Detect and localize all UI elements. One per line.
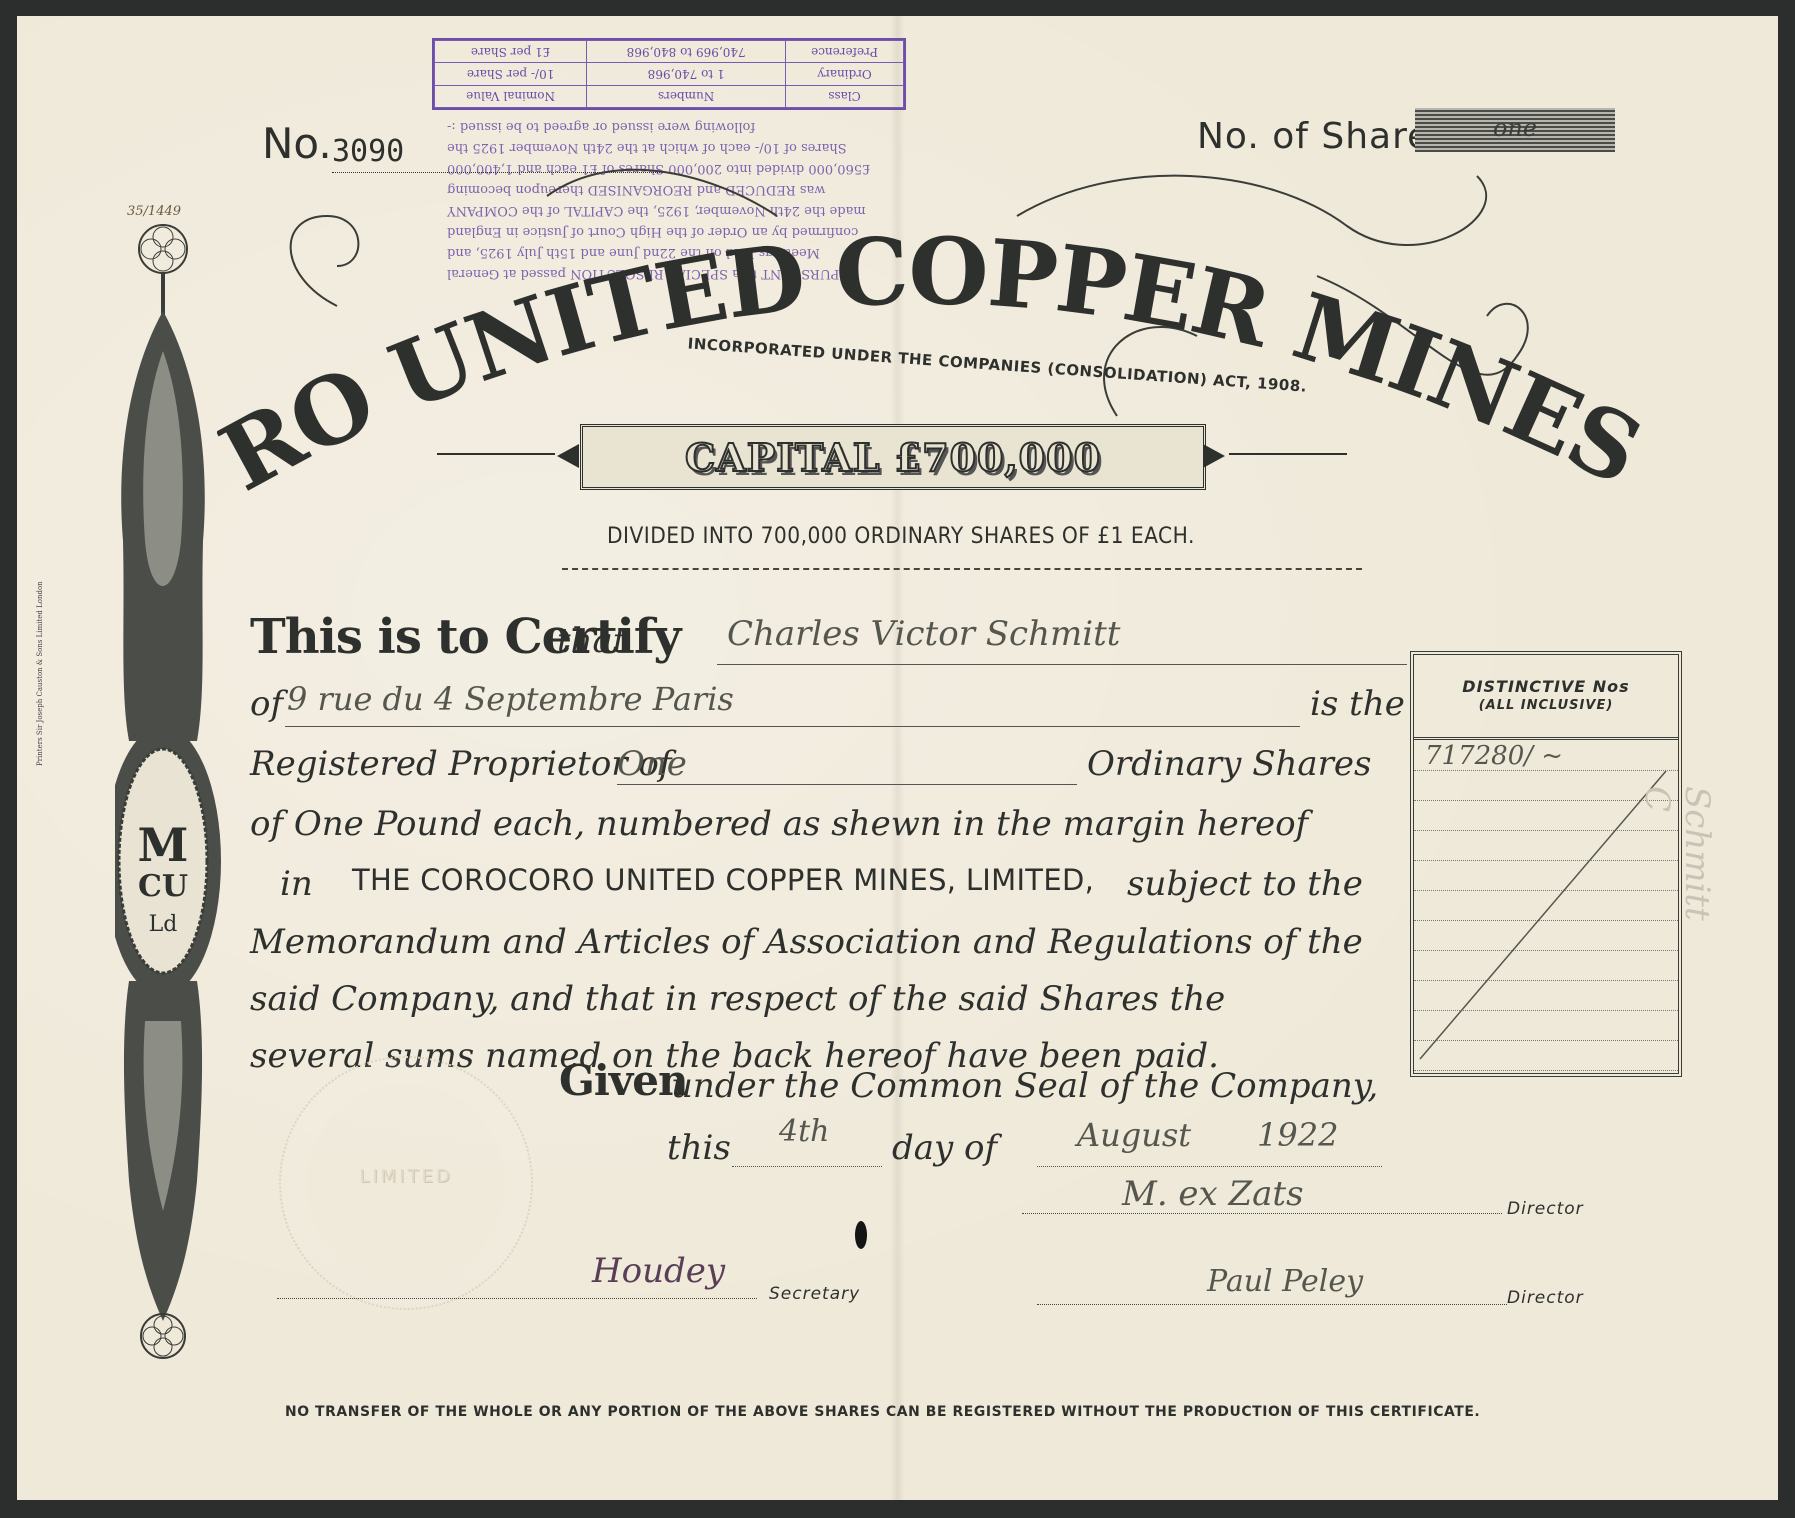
stamp-cell: 10/- per Share bbox=[435, 63, 587, 85]
stamp-cell: £1 per Share bbox=[435, 41, 587, 63]
director1-role: Director bbox=[1507, 1199, 1584, 1219]
capital-amount: CAPITAL £700,000 bbox=[685, 435, 1101, 480]
distinctive-numbers-header: DISTINCTIVE Nos (ALL INCLUSIVE) bbox=[1414, 655, 1678, 740]
capital-reorganisation-stamp-table: Class Numbers Nominal Value Ordinary 1 t… bbox=[432, 38, 906, 110]
body-text: Memorandum and Articles of Association a… bbox=[250, 922, 1363, 962]
svg-text:M: M bbox=[138, 818, 189, 872]
body-text: under the Common Seal of the Company, bbox=[671, 1066, 1378, 1106]
body-text: said Company, and that in respect of the… bbox=[250, 979, 1225, 1019]
director1-signature: M. ex Zats bbox=[1122, 1174, 1304, 1214]
capital-banner: CAPITAL £700,000 bbox=[580, 424, 1206, 490]
given-heading: Given bbox=[559, 1056, 688, 1105]
banner-arrow-left-icon bbox=[557, 444, 579, 468]
company-name-inline: THE COROCORO UNITED COPPER MINES, LIMITE… bbox=[352, 863, 1094, 897]
holder-name-line bbox=[717, 664, 1407, 665]
svg-text:Ld: Ld bbox=[149, 912, 178, 937]
body-text: Ordinary Shares bbox=[1087, 744, 1371, 784]
director2-signature: Paul Peley bbox=[1207, 1264, 1363, 1299]
decorative-rule bbox=[562, 568, 1362, 570]
distinctive-numbers-title: DISTINCTIVE Nos bbox=[1414, 677, 1678, 696]
share-count: One bbox=[617, 744, 687, 784]
issue-month: August bbox=[1077, 1116, 1191, 1154]
secretary-signature-line bbox=[277, 1298, 757, 1299]
share-division-line: DIVIDED INTO 700,000 ORDINARY SHARES OF … bbox=[607, 524, 1195, 549]
body-text: in bbox=[280, 864, 313, 904]
body-text: subject to the bbox=[1127, 864, 1363, 904]
number-of-shares-label: No. of Shares bbox=[1197, 116, 1450, 157]
body-text: Registered Proprietor of bbox=[250, 744, 671, 784]
body-text: of One Pound each, numbered as shewn in … bbox=[250, 804, 1308, 844]
embossed-company-seal: LIMITED bbox=[279, 1056, 533, 1310]
distinctive-number-value: 717280/ ~ bbox=[1425, 741, 1563, 771]
holder-address-line bbox=[285, 726, 1300, 727]
holder-address: 9 rue du 4 Septembre Paris bbox=[287, 680, 734, 718]
cancellation-slash-icon bbox=[1414, 741, 1670, 1065]
share-count-line bbox=[617, 784, 1077, 785]
transfer-notice: NO TRANSFER OF THE WHOLE OR ANY PORTION … bbox=[285, 1404, 1480, 1420]
reference-note: 35/1449 bbox=[127, 204, 181, 219]
holder-name: Charles Victor Schmitt bbox=[727, 614, 1120, 654]
distinctive-numbers-subtitle: (ALL INCLUSIVE) bbox=[1414, 698, 1678, 713]
body-text: this bbox=[667, 1128, 731, 1168]
printer-imprint: Printers Sir Joseph Causton & Sons Limit… bbox=[36, 581, 44, 766]
stamp-header-nominal: Nominal Value bbox=[435, 85, 587, 107]
ink-blot bbox=[855, 1221, 867, 1249]
banner-arrow-right-icon bbox=[1203, 444, 1225, 468]
share-certificate: Class Numbers Nominal Value Ordinary 1 t… bbox=[17, 16, 1778, 1500]
number-of-shares-value: one bbox=[1415, 108, 1615, 148]
body-text: day of bbox=[892, 1128, 997, 1168]
flourish-left bbox=[437, 453, 555, 455]
stamp-header-class: Class bbox=[786, 85, 904, 107]
day-line bbox=[732, 1166, 882, 1167]
stamp-cell: Preference bbox=[786, 41, 904, 63]
stamp-cell: 740,969 to 840,968 bbox=[587, 41, 786, 63]
body-text: that bbox=[557, 621, 627, 661]
number-of-shares-box: one bbox=[1415, 108, 1615, 152]
secretary-role: Secretary bbox=[769, 1284, 860, 1304]
stamp-cell: Ordinary bbox=[786, 63, 904, 85]
director2-role: Director bbox=[1507, 1288, 1584, 1308]
issue-year: 1922 bbox=[1257, 1116, 1338, 1154]
month-year-line bbox=[1037, 1166, 1382, 1167]
flourish-right bbox=[1229, 453, 1347, 455]
body-text: of bbox=[250, 684, 283, 724]
stamp-header-numbers: Numbers bbox=[587, 85, 786, 107]
svg-text:CU: CU bbox=[138, 869, 188, 904]
director2-signature-line bbox=[1037, 1304, 1507, 1305]
secretary-signature: Houdey bbox=[592, 1251, 725, 1291]
margin-pencil-note: Schmitt C bbox=[1637, 786, 1717, 921]
body-text: is the bbox=[1310, 684, 1405, 724]
stamp-cell: 1 to 740,968 bbox=[587, 63, 786, 85]
issue-day: 4th bbox=[779, 1114, 829, 1149]
seal-text: LIMITED bbox=[281, 1166, 531, 1187]
